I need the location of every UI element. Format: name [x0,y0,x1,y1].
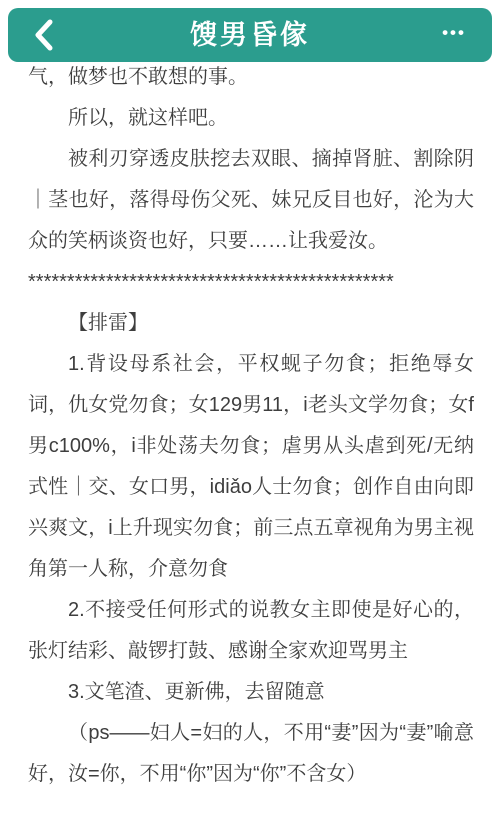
text-line: 所以，就这样吧。 [28,98,474,139]
text-line: 兴爽文，i上升现实勿食；前三点五章视角为男主视 [28,508,474,549]
text-line: ｜茎也好，落得母伤父死、妹兄反目也好，沦为大 [28,180,474,221]
reader-content[interactable]: 气，做梦也不敢想的事。所以，就这样吧。被利刃穿透皮肤挖去双眼、摘掉肾脏、割除阴｜… [28,57,474,795]
ellipsis-icon: ••• [442,23,466,43]
text-line: ****************************************… [28,262,474,303]
text-line: 词，仇女党勿食；女129男11，i老头文学勿食；女f [28,385,474,426]
text-line: 众的笑柄谈资也好，只要……让我爱汝。 [28,221,474,262]
text-line: 被利刃穿透皮肤挖去双眼、摘掉肾脏、割除阴 [28,139,474,180]
text-line: 3.文笔渣、更新佛，去留随意 [28,672,474,713]
text-line: 气，做梦也不敢想的事。 [28,57,474,98]
text-line: 角第一人称，介意勿食 [28,549,474,590]
text-line: 1.背设母系社会，平权蚬子勿食；拒绝辱女 [28,344,474,385]
more-options-button[interactable]: ••• [428,8,480,62]
text-line: 2.不接受任何形式的说教女主即使是好心的， [28,590,474,631]
text-line: 【排雷】 [28,303,474,344]
back-button[interactable] [22,8,66,62]
text-line: 男c100%，i非处荡夫勿食；虐男从头虐到死/无纳入 [28,426,474,467]
text-line: 式性｜交、女口男，idiǎo人士勿食；创作自由向即 [28,467,474,508]
back-chevron-icon [32,15,56,55]
page-title: 馊男昏傢 [190,8,310,62]
text-line: 好，汝=你，不用“你”因为“你”不含女） [28,754,474,795]
header-bar: 馊男昏傢 ••• [8,8,492,62]
text-line: （ps——妇人=妇的人，不用“妻”因为“妻”喻意不 [28,713,474,754]
text-line: 张灯结彩、敲锣打鼓、感谢全家欢迎骂男主 [28,631,474,672]
